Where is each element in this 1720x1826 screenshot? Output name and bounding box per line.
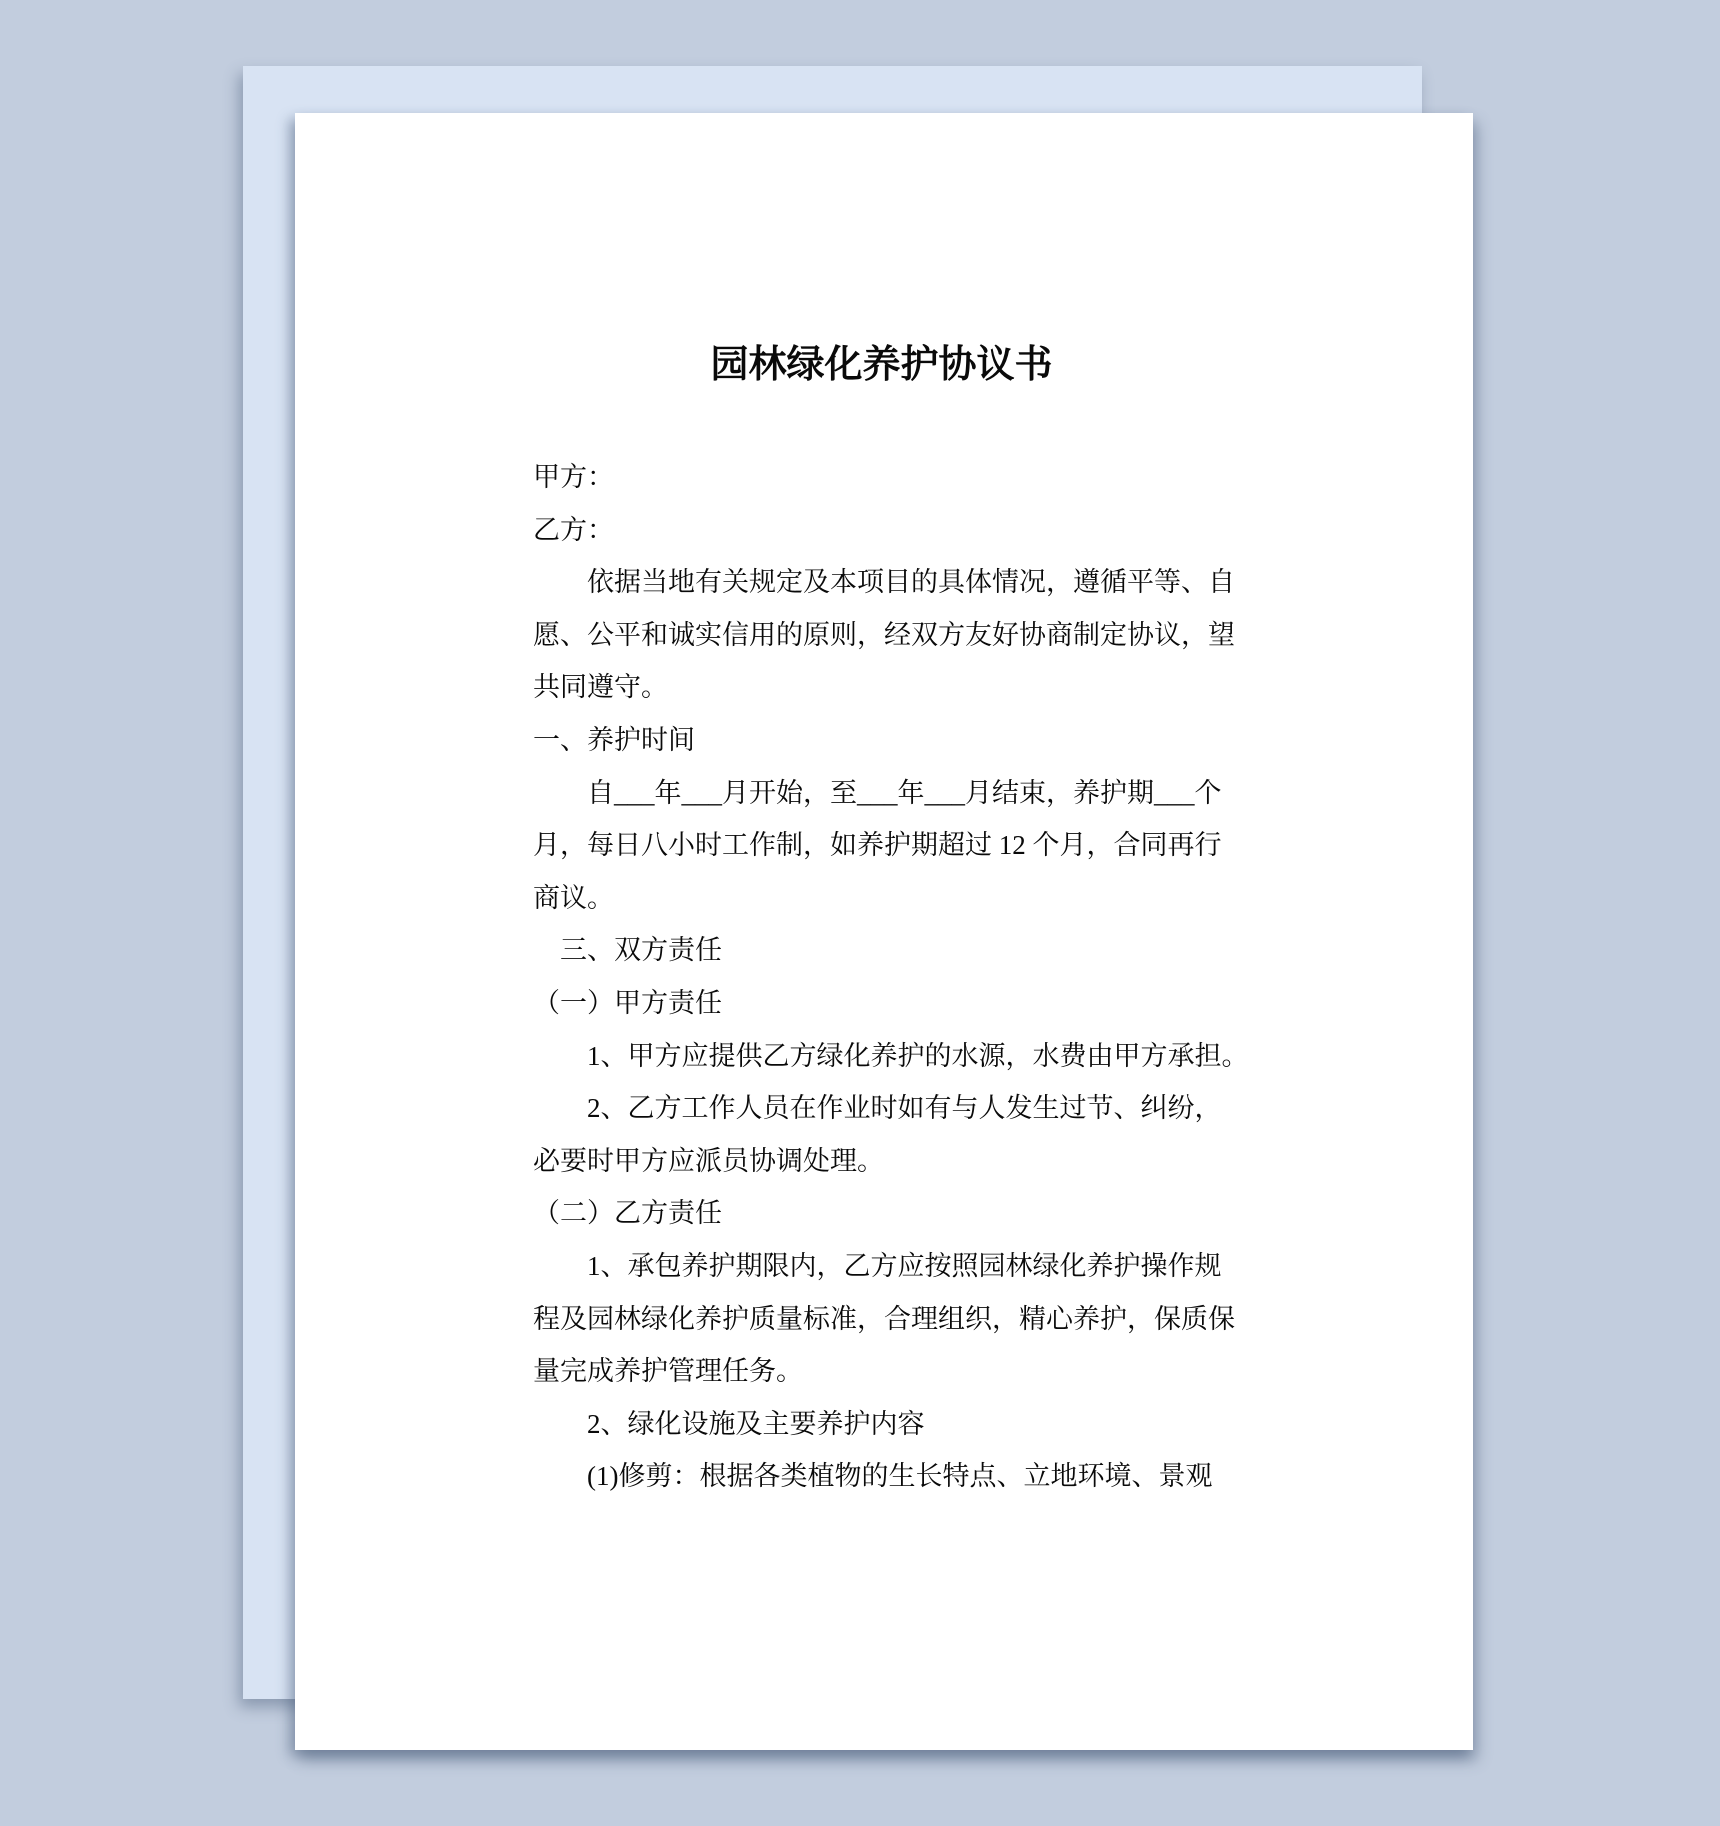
desktop-background: 园林绿化养护协议书 甲方： 乙方： 依据当地有关规定及本项目的具体情况，遵循平等… xyxy=(0,0,1720,1826)
doc-line: 依据当地有关规定及本项目的具体情况，遵循平等、自 xyxy=(533,556,1230,609)
doc-line: 月，每日八小时工作制，如养护期超过 12 个月，合同再行 xyxy=(533,819,1230,872)
doc-line: （一）甲方责任 xyxy=(533,977,1230,1030)
doc-line: 乙方： xyxy=(533,504,1230,557)
doc-line: 甲方： xyxy=(533,451,1230,504)
doc-line: 自___年___月开始，至___年___月结束，养护期___个 xyxy=(533,767,1230,820)
doc-line: 必要时甲方应派员协调处理。 xyxy=(533,1135,1230,1188)
doc-line: 商议。 xyxy=(533,872,1230,925)
doc-line: 1、承包养护期限内，乙方应按照园林绿化养护操作规 xyxy=(533,1240,1230,1293)
document-title: 园林绿化养护协议书 xyxy=(533,343,1230,387)
doc-line: (1)修剪：根据各类植物的生长特点、立地环境、景观 xyxy=(533,1450,1230,1503)
doc-line: 程及园林绿化养护质量标准，合理组织，精心养护，保质保 xyxy=(533,1293,1230,1346)
document-content: 园林绿化养护协议书 甲方： 乙方： 依据当地有关规定及本项目的具体情况，遵循平等… xyxy=(533,113,1230,1503)
doc-line: 量完成养护管理任务。 xyxy=(533,1345,1230,1398)
doc-line: 2、绿化设施及主要养护内容 xyxy=(533,1398,1230,1451)
doc-line: 2、乙方工作人员在作业时如有与人发生过节、纠纷， xyxy=(533,1082,1230,1135)
doc-line: 三、双方责任 xyxy=(533,924,1230,977)
doc-line: 愿、公平和诚实信用的原则，经双方友好协商制定协议，望 xyxy=(533,609,1230,662)
doc-line: 1、甲方应提供乙方绿化养护的水源，水费由甲方承担。 xyxy=(533,1030,1230,1083)
document-page: 园林绿化养护协议书 甲方： 乙方： 依据当地有关规定及本项目的具体情况，遵循平等… xyxy=(295,113,1473,1750)
doc-line: （二）乙方责任 xyxy=(533,1187,1230,1240)
doc-line: 共同遵守。 xyxy=(533,661,1230,714)
doc-line: 一、养护时间 xyxy=(533,714,1230,767)
document-body: 甲方： 乙方： 依据当地有关规定及本项目的具体情况，遵循平等、自 愿、公平和诚实… xyxy=(533,451,1230,1503)
